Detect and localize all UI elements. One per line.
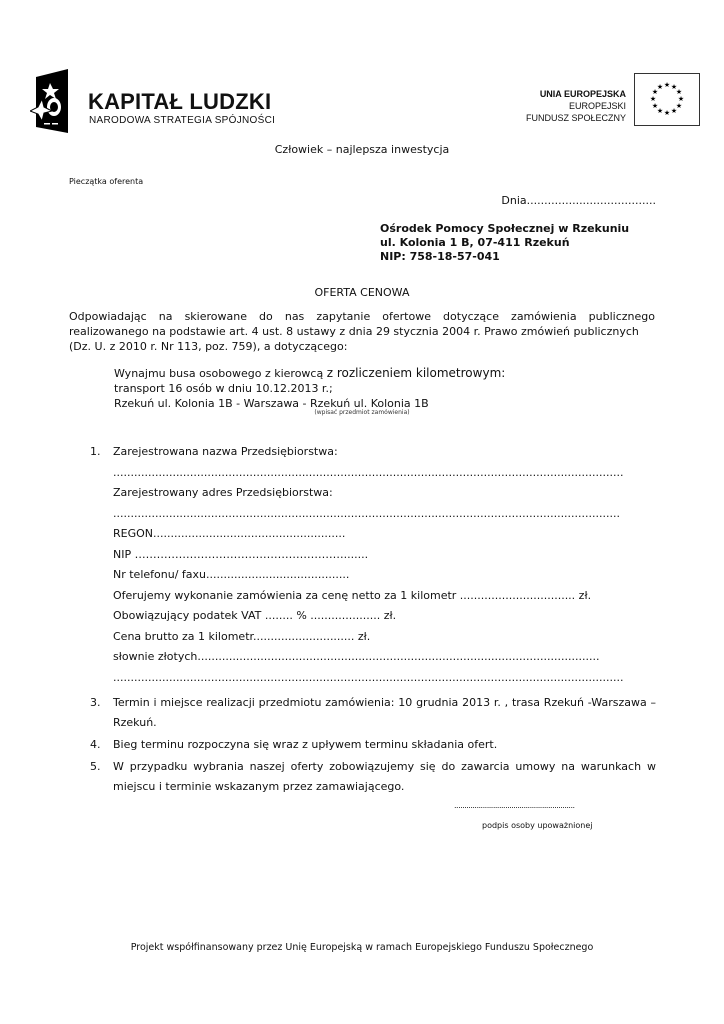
svg-text:★: ★	[650, 95, 656, 103]
company-name-label: Zarejestrowana nazwa Przedsiębiorstwa:	[113, 445, 656, 459]
signature-field[interactable]: ........................................…	[454, 801, 575, 810]
recipient-address: ul. Kolonia 1 B, 07-411 Rzekuń	[380, 236, 629, 250]
tagline: Człowiek – najlepsza inwestycja	[0, 143, 724, 156]
list-item-4: 4. Bieg terminu rozpoczyna się wraz z up…	[90, 735, 656, 755]
eu-flag-icon: ★★★ ★★★ ★★★ ★★★	[634, 73, 700, 126]
recipient-nip: NIP: 758-18-57-041	[380, 250, 629, 264]
phone-fax-field[interactable]: Nr telefonu/ faxu.......................…	[90, 568, 656, 589]
list-item-3: 3. Termin i miejsce realizacji przedmiot…	[90, 693, 656, 733]
intro-line-1: Odpowiadając na skierowane do nas zapyta…	[69, 309, 655, 324]
signature-label: podpis osoby upoważnionej	[482, 821, 592, 830]
intro-line-2: realizowanego na podstawie art. 4 ust. 8…	[69, 324, 655, 339]
svg-text:★: ★	[657, 83, 663, 91]
company-name-label-row: 1. Zarejestrowana nazwa Przedsiębiorstwa…	[90, 445, 656, 466]
subject-hint: (wpisać przedmiot zamówienia)	[0, 409, 724, 416]
company-address-label-row: Zarejestrowany adres Przedsiębiorstwa:	[90, 486, 656, 507]
kapital-ludzki-subtitle: NARODOWA STRATEGIA SPÓJNOŚCI	[89, 115, 275, 126]
eu-name: UNIA EUROPEJSKA	[526, 88, 626, 100]
intro-paragraph: Odpowiadając na skierowane do nas zapyta…	[69, 309, 655, 354]
recipient-name: Ośrodek Pomocy Społecznej w Rzekuniu	[380, 222, 629, 236]
company-address-field[interactable]: ........................................…	[90, 507, 656, 528]
offer-form: 1. Zarejestrowana nazwa Przedsiębiorstwa…	[90, 445, 656, 797]
vat-field[interactable]: Obowiązujący podatek VAT ........ % ....…	[90, 609, 656, 630]
footer-note: Projekt współfinansowany przez Unię Euro…	[0, 942, 724, 953]
eu-fund-line2: FUNDUSZ SPOŁECZNY	[526, 112, 626, 124]
order-subject: Wynajmu busa osobowego z kierowcą z rozl…	[114, 366, 505, 411]
nip-field[interactable]: NIP ………………………………………………….......	[90, 548, 656, 569]
subject-line-2: transport 16 osób w dniu 10.12.2013 r.;	[114, 381, 505, 396]
document-title: OFERTA CENOWA	[0, 286, 724, 299]
gross-price-field[interactable]: Cena brutto za 1 kilometr...............…	[90, 630, 656, 651]
svg-text:★: ★	[652, 102, 658, 110]
stamp-label: Pieczątka oferenta	[69, 177, 143, 186]
kapital-ludzki-logo-icon	[30, 69, 70, 133]
svg-text:★: ★	[664, 81, 670, 89]
company-name-field[interactable]: ........................................…	[90, 466, 656, 487]
kapital-ludzki-title: KAPITAŁ LUDZKI	[88, 89, 271, 115]
intro-line-3: (Dz. U. z 2010 r. Nr 113, poz. 759), a d…	[69, 339, 655, 354]
svg-text:★: ★	[671, 107, 677, 115]
regon-field[interactable]: REGON...................................…	[90, 527, 656, 548]
eu-fund-line1: EUROPEJSKI	[526, 100, 626, 112]
amount-in-words-field[interactable]: słownie złotych.........................…	[90, 650, 656, 671]
list-item-5: 5. W przypadku wybrania naszej oferty zo…	[90, 757, 656, 797]
net-price-field[interactable]: Oferujemy wykonanie zamówienia za cenę n…	[90, 589, 656, 610]
svg-text:★: ★	[664, 109, 670, 117]
amount-in-words-field-2[interactable]: ........................................…	[90, 671, 656, 692]
company-address-label: Zarejestrowany adres Przedsiębiorstwa:	[113, 486, 656, 500]
eu-fund-label: UNIA EUROPEJSKA EUROPEJSKI FUNDUSZ SPOŁE…	[526, 88, 626, 124]
recipient-block: Ośrodek Pomocy Społecznej w Rzekuniu ul.…	[380, 222, 629, 264]
list-number: 1.	[90, 445, 110, 459]
subject-line-1: Wynajmu busa osobowego z kierowcą z rozl…	[114, 366, 505, 381]
date-field[interactable]: Dnia....................................…	[501, 194, 656, 207]
